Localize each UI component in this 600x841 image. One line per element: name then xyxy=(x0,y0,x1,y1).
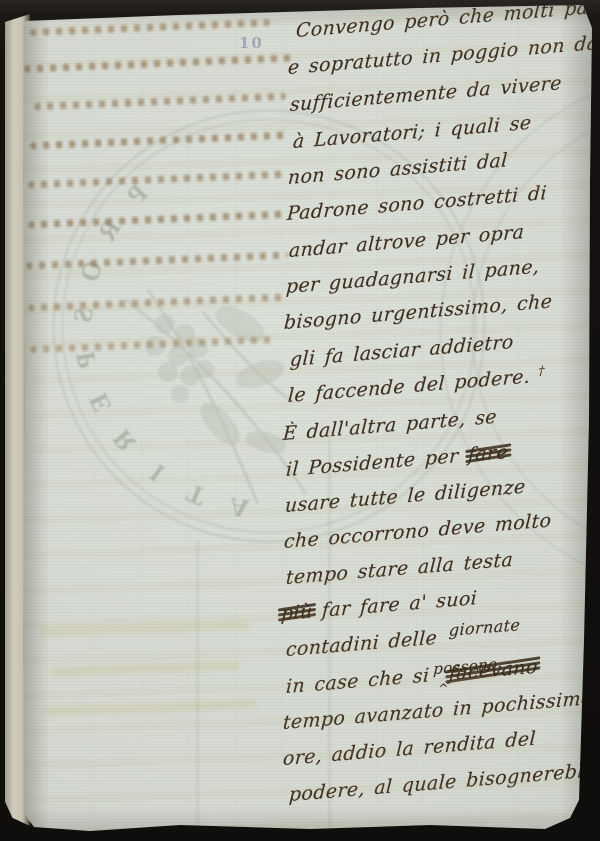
paper-shadow-right xyxy=(560,0,600,841)
paper-sheet: PROSPERITA 10 Convengo per xyxy=(0,0,600,841)
paper-discoloration xyxy=(0,0,600,841)
paper-shadow-left xyxy=(23,0,49,841)
paper-shadow-bottom xyxy=(0,807,600,841)
paper-shadow-top xyxy=(0,0,600,26)
scanned-manuscript-page: PROSPERITA 10 Convengo per xyxy=(0,0,600,841)
